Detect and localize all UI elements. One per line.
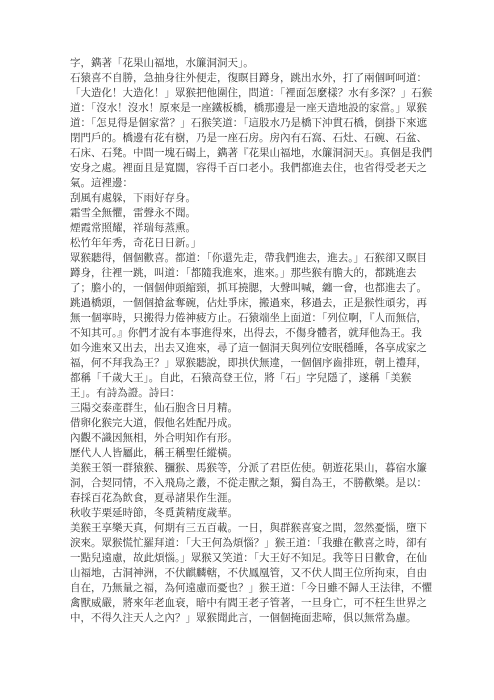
text-line: 石猿喜不自勝，急抽身往外便走，復瞑目蹲身，跳出水外，打了兩個呵呵道： <box>70 71 442 86</box>
page-text: 字，鐫著「花果山福地，水簾洞洞天」。石猿喜不自勝，急抽身往外便走，復瞑目蹲身，跳… <box>70 56 442 626</box>
text-line: 跳過橋頭，一個個搶盆奪碗，佔灶爭床，搬過來，移過去，正是猴性頑劣，再 <box>70 296 442 311</box>
text-line: 山福地，古洞神洲，不伏麒麟轄，不伏鳳凰管，又不伏人間王位所拘束，自由 <box>70 566 442 581</box>
text-line: 閉門戶的。橋邊有花有樹，乃是一座石房。房內有石窩、石灶、石碗、石盆、 <box>70 131 442 146</box>
text-line: 都稱「千歲大王」。自此，石猿高登王位，將「石」字兒隱了，遂稱「美猴 <box>70 371 442 386</box>
text-line: 中，不得久注天人之內？」眾猴聞此言，一個個掩面悲啼，俱以無常為慮。 <box>70 611 442 626</box>
text-line: 眾猴聽得，個個歡喜。都道：「你還先走，帶我們進去，進去。」石猴卻又瞑目 <box>70 251 442 266</box>
text-line: 春採百花為飲食，夏尋諸果作生涯。 <box>70 491 442 506</box>
text-line: 無一個寧時，只搬得力倦神疲方止。石猿端坐上面道：「列位啊，『人而無信， <box>70 311 442 326</box>
text-line: 松竹年年秀，奇花日日新。」 <box>70 236 442 251</box>
text-line: 歷代人人皆屬此，稱王稱聖任縱橫。 <box>70 446 442 461</box>
text-line: 美猴王享樂天真，何期有三五百載。一日，與群猴喜宴之間，忽然憂惱，墮下 <box>70 521 442 536</box>
text-line: 如今進來又出去，出去又進來，尋了這一個洞天與列位安眠穩睡，各享成家之 <box>70 341 442 356</box>
text-line: 道：「怎見得是個家當？」石猴笑道：「這股水乃是橋下沖貫石橋，倒掛下來遮 <box>70 116 442 131</box>
text-line: 美猴王領一群猿猴、獼猴、馬猴等，分派了君臣佐使。朝遊花果山，暮宿水簾 <box>70 461 442 476</box>
text-line: 字，鐫著「花果山福地，水簾洞洞天」。 <box>70 56 442 71</box>
text-line: 煙霞常照耀，祥瑞每蒸熏。 <box>70 221 442 236</box>
text-line: 不知其可。』你們才說有本事進得來，出得去，不傷身體者，就拜他為王。我 <box>70 326 442 341</box>
text-line: 「大造化！大造化！」眾猴把他圍住，問道：「裡面怎麼樣？水有多深？」石猴 <box>70 86 442 101</box>
text-line: 自在，乃無量之福，為何遠慮而憂也？」猴王道：「今日雖不歸人王法律，不懼 <box>70 581 442 596</box>
text-line: 道：「沒水！沒水！原來是一座鐵板橋，橋那邊是一座天造地設的家當。」眾猴 <box>70 101 442 116</box>
text-line: 三陽交泰產群生，仙石胞含日月精。 <box>70 401 442 416</box>
text-line: 了；膽小的，一個個伸頭縮頸，抓耳撓腮，大聲叫喊，纏一會，也都進去了。 <box>70 281 442 296</box>
text-line: 一點兒遠慮，故此煩惱。」眾猴又笑道：「大王好不知足。我等日日歡會，在仙 <box>70 551 442 566</box>
text-line: 福，何不拜我為王？」眾猴聽說，即拱伏無違，一個個序齒排班，朝上禮拜， <box>70 356 442 371</box>
text-line: 安身之處。裡面且是寬闊，容得千百口老小。我們都進去住，也省得受老天之 <box>70 161 442 176</box>
text-line: 禽獸威嚴，將來年老血衰，暗中有閻王老子管著，一旦身亡，可不枉生世界之 <box>70 596 442 611</box>
text-line: 借卵化猴完大道，假他名姓配丹成。 <box>70 416 442 431</box>
text-line: 內觀不識因無相，外合明知作有形。 <box>70 431 442 446</box>
text-line: 刮風有處躲，下雨好存身。 <box>70 191 442 206</box>
text-line: 霜雪全無懼，雷聲永不聞。 <box>70 206 442 221</box>
text-line: 石床、石凳。中間一塊石碣上，鐫著『花果山福地，水簾洞洞天』。真個是我們 <box>70 146 442 161</box>
text-line: 秋收芋栗延時節，冬覓黃精度歲華。 <box>70 506 442 521</box>
text-line: 蹲身，往裡一跳，叫道：「都隨我進來，進來。」那些猴有膽大的，都跳進去 <box>70 266 442 281</box>
text-line: 氣。這裡邊： <box>70 176 442 191</box>
text-line: 王」。有詩為證。詩曰： <box>70 386 442 401</box>
text-line: 洞，合契同情，不入飛鳥之叢，不從走獸之類，獨自為王，不勝歡樂。是以： <box>70 476 442 491</box>
document-page: 字，鐫著「花果山福地，水簾洞洞天」。石猿喜不自勝，急抽身往外便走，復瞑目蹲身，跳… <box>0 0 494 700</box>
text-line: 淚來。眾猴慌忙羅拜道：「大王何為煩惱？」猴王道：「我雖在歡喜之時，卻有 <box>70 536 442 551</box>
